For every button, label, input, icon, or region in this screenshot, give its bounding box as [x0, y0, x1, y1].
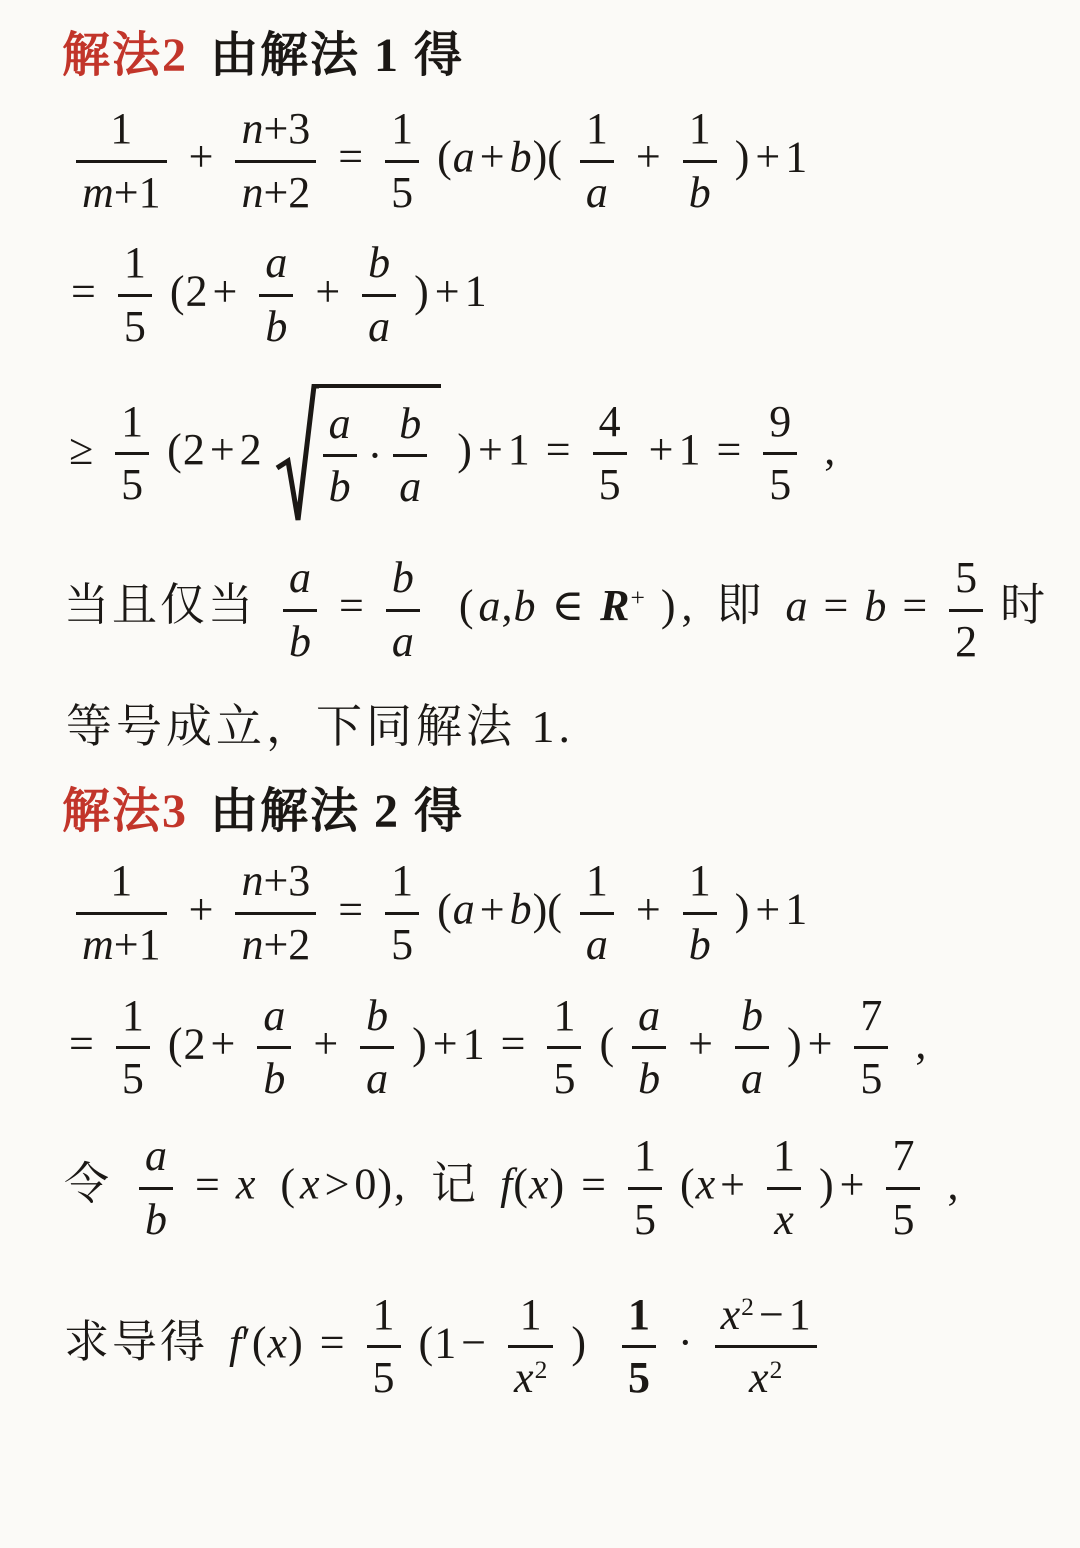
fraction: ab: [323, 394, 357, 518]
plus-operator: +: [720, 1160, 745, 1209]
variable: x: [749, 1353, 769, 1402]
numerator: b: [735, 986, 769, 1050]
fraction: 1a: [580, 851, 614, 975]
solution3-equation-2: = 15 (2+ ab + ba )+1 = 15 ( ab + ba )+ 7…: [64, 986, 1050, 1110]
numerator: 1: [116, 986, 150, 1050]
plus-operator: +: [688, 1019, 713, 1068]
numerator: 4: [593, 392, 627, 456]
numerator: 1: [385, 851, 419, 915]
dot-operator: ·: [678, 1318, 693, 1367]
numerator: b: [386, 548, 420, 612]
R-plus-set: R+: [600, 581, 645, 630]
numerator: 1: [76, 99, 167, 163]
shi-text: 时: [1000, 580, 1048, 630]
variable: b: [864, 581, 886, 630]
numerator: b: [393, 394, 427, 458]
namely-text: 即: [716, 580, 764, 630]
superscript: 2: [741, 1292, 754, 1321]
number: 1: [785, 132, 807, 181]
variable: b: [510, 132, 532, 181]
equals-sign: =: [716, 425, 741, 474]
comma: ,: [947, 1160, 958, 1209]
fraction: 15: [547, 986, 581, 1110]
fraction: 15: [367, 1285, 401, 1409]
geq-operator: ≥: [69, 425, 93, 474]
numerator: b: [360, 986, 394, 1050]
fraction: ab: [283, 548, 317, 672]
numerator: 1: [547, 986, 581, 1050]
solution2-heading-text: 由解法 1 得: [210, 29, 464, 82]
fraction: 1b: [683, 851, 717, 975]
math-token: +3: [263, 104, 310, 153]
number: 2: [185, 267, 207, 316]
right-paren: ): [571, 1318, 586, 1367]
denominator: n+2: [235, 163, 316, 224]
numerator: 1: [508, 1285, 553, 1349]
number: 2: [183, 1019, 205, 1068]
fraction: 1m+1: [76, 851, 167, 975]
left-paren: (: [437, 132, 452, 181]
variable: x: [721, 1290, 741, 1339]
left-paren: (: [168, 1019, 183, 1068]
right-paren: ): [377, 1160, 392, 1209]
plus-operator: +: [210, 425, 235, 474]
iff-text: 当且仅当: [64, 580, 256, 630]
prime-mark: ′: [241, 1318, 251, 1367]
fraction: 45: [593, 392, 627, 516]
numerator: 1: [767, 1126, 801, 1190]
variable: m: [82, 168, 114, 217]
variable: x: [236, 1160, 256, 1209]
plus-operator: +: [808, 1019, 833, 1068]
numerator: 1: [115, 392, 149, 456]
numerator: 9: [763, 392, 797, 456]
number: 1: [785, 885, 807, 934]
function-name: f: [229, 1318, 241, 1367]
variable: a: [453, 132, 475, 181]
equals-sign: =: [69, 1019, 94, 1068]
right-paren: ): [735, 885, 750, 934]
equals-sign: =: [320, 1318, 345, 1367]
math-solution-page: 解法2由解法 1 得 1m+1 + n+3n+2 = 15 (a+b)( 1a …: [0, 0, 1080, 1548]
fraction: 95: [763, 392, 797, 516]
number: 1: [434, 1318, 456, 1367]
denominator: 5: [593, 455, 627, 516]
math-token: +3: [263, 856, 310, 905]
numerator: 7: [854, 986, 888, 1050]
solution2-condition-line: 当且仅当 ab = ba (a,b ∈ R+ ), 即 a = b = 52 时: [64, 548, 1050, 672]
number: 2: [183, 425, 205, 474]
solution3-label: 解法3: [62, 785, 188, 838]
plus-operator: +: [435, 267, 460, 316]
fraction: ab: [259, 233, 293, 357]
paren-pair: )(: [533, 132, 562, 181]
denominator: 5: [763, 455, 797, 516]
denominator: 5: [385, 163, 419, 224]
equals-sign: =: [338, 132, 363, 181]
numerator: b: [362, 233, 396, 297]
variable: n: [241, 856, 263, 905]
number: 1: [789, 1290, 811, 1339]
variable: x: [696, 1160, 716, 1209]
comma: ,: [915, 1019, 926, 1068]
minus-operator: −: [759, 1290, 784, 1339]
numerator: a: [632, 986, 666, 1050]
left-paren: (: [419, 1318, 434, 1367]
equals-sign: =: [546, 425, 571, 474]
denominator: b: [632, 1049, 666, 1110]
solution2-equation-1: 1m+1 + n+3n+2 = 15 (a+b)( 1a + 1b )+1: [70, 99, 1050, 223]
numerator: 1: [580, 851, 614, 915]
denominator: 5: [116, 1049, 150, 1110]
number: 1: [508, 425, 530, 474]
plus-operator: +: [433, 1019, 458, 1068]
right-paren: ): [661, 581, 676, 630]
fraction: ba: [735, 986, 769, 1110]
numerator: 1: [118, 233, 152, 297]
f-prime: f′: [229, 1318, 251, 1367]
denominator: b: [323, 457, 357, 518]
numerator: a: [323, 394, 357, 458]
denominator: x: [767, 1190, 801, 1251]
denominator: b: [257, 1049, 291, 1110]
superscript: 2: [535, 1355, 548, 1384]
right-paren: ): [735, 132, 750, 181]
comma: ,: [502, 581, 513, 630]
numerator: 1: [622, 1285, 656, 1349]
radical-icon: [275, 384, 319, 524]
plus-operator: +: [480, 132, 505, 181]
plus-operator: +: [315, 267, 340, 316]
closing-text: 等号成立，下同解法 1.: [66, 701, 574, 752]
left-paren: (: [680, 1160, 695, 1209]
fraction: 75: [886, 1126, 920, 1250]
variable: x: [514, 1353, 534, 1402]
denominator: 2: [949, 612, 983, 673]
numerator: a: [139, 1126, 173, 1190]
numerator: 1: [628, 1126, 662, 1190]
left-paren: (: [599, 1019, 614, 1068]
fraction: n+3n+2: [235, 851, 316, 975]
plus-operator: +: [755, 885, 780, 934]
solution3-heading-text: 由解法 2 得: [210, 785, 464, 838]
fraction: n+3n+2: [235, 99, 316, 223]
equals-sign: =: [581, 1160, 606, 1209]
plus-operator: +: [210, 1019, 235, 1068]
plus-operator: +: [313, 1019, 338, 1068]
minus-operator: −: [461, 1318, 486, 1367]
numerator: a: [283, 548, 317, 612]
comma: ,: [681, 581, 692, 630]
comma: ,: [394, 1160, 405, 1209]
radicand: ab · ba: [315, 384, 442, 524]
fraction: ba: [362, 233, 396, 357]
denominator: a: [386, 612, 420, 673]
plus-operator: +: [649, 425, 674, 474]
right-paren: ): [412, 1019, 427, 1068]
variable: x: [529, 1160, 549, 1209]
denominator: a: [580, 915, 614, 976]
variable: n: [241, 168, 263, 217]
solution2-label: 解法2: [62, 29, 188, 82]
variable: a: [479, 581, 501, 630]
equals-sign: =: [824, 581, 849, 630]
paren-pair: )(: [533, 885, 562, 934]
fraction: ba: [393, 394, 427, 518]
fraction: 1a: [580, 99, 614, 223]
fraction: 15: [116, 986, 150, 1110]
solution3-substitution-line: 令 ab = x (x>0), 记 f(x) = 15 (x+ 1x )+ 75…: [64, 1126, 1050, 1250]
derive-text: 求导得: [64, 1317, 208, 1367]
numerator: 1: [385, 99, 419, 163]
fraction: 15: [385, 99, 419, 223]
math-token: +1: [114, 920, 161, 969]
denominator: a: [360, 1049, 394, 1110]
left-paren: (: [167, 425, 182, 474]
denominator: m+1: [76, 163, 167, 224]
fraction: 15: [622, 1285, 656, 1409]
denominator: x2: [508, 1348, 553, 1409]
number: 0: [354, 1160, 376, 1209]
fraction: ab: [257, 986, 291, 1110]
plus-operator: +: [636, 132, 661, 181]
denominator: 5: [115, 455, 149, 516]
right-paren: ): [414, 267, 429, 316]
fraction: 52: [949, 548, 983, 672]
left-paren: (: [170, 267, 185, 316]
numerator: 1: [683, 99, 717, 163]
left-paren: (: [280, 1160, 295, 1209]
denominator: b: [139, 1190, 173, 1251]
fraction: ba: [360, 986, 394, 1110]
dot-operator: ·: [368, 430, 383, 481]
plus-operator: +: [189, 132, 214, 181]
denominator: m+1: [76, 915, 167, 976]
denominator: b: [683, 163, 717, 224]
left-paren: (: [437, 885, 452, 934]
numerator: a: [257, 986, 291, 1050]
fraction: x2−1x2: [715, 1285, 817, 1409]
denominator: b: [259, 297, 293, 358]
left-paren: (: [459, 581, 474, 630]
right-paren: ): [819, 1160, 834, 1209]
fraction: 15: [628, 1126, 662, 1250]
solution3-equation-1: 1m+1 + n+3n+2 = 15 (a+b)( 1a + 1b )+1: [70, 851, 1050, 975]
fraction: 1x2: [508, 1285, 553, 1409]
right-paren: ): [787, 1019, 802, 1068]
left-paren: (: [252, 1318, 267, 1367]
variable: x: [300, 1160, 320, 1209]
variable: m: [82, 920, 114, 969]
left-paren: (: [513, 1160, 528, 1209]
numerator: 1: [76, 851, 167, 915]
comma: ,: [824, 425, 835, 474]
number: 1: [463, 1019, 485, 1068]
plus-operator: +: [840, 1160, 865, 1209]
variable: x: [268, 1318, 288, 1367]
math-token: +2: [263, 168, 310, 217]
denominator: a: [580, 163, 614, 224]
solution3-derivative-line: 求导得 f′(x) = 15 (1− 1x2 ) 15 · x2−1x2: [64, 1285, 1050, 1409]
denominator: x2: [715, 1348, 817, 1409]
variable: a: [786, 581, 808, 630]
plus-operator: +: [636, 885, 661, 934]
fraction: ab: [632, 986, 666, 1110]
fraction: 1x: [767, 1126, 801, 1250]
plus-operator: +: [755, 132, 780, 181]
plus-operator: +: [478, 425, 503, 474]
equals-sign: =: [501, 1019, 526, 1068]
numerator: 1: [580, 99, 614, 163]
denominator: 5: [854, 1049, 888, 1110]
superscript: 2: [770, 1355, 783, 1384]
function-name: f: [500, 1160, 512, 1209]
solution2-heading: 解法2由解法 1 得: [62, 16, 1050, 85]
let-text: 令: [64, 1159, 112, 1209]
denominator: 5: [547, 1049, 581, 1110]
denominator: b: [283, 612, 317, 673]
numerator: 1: [367, 1285, 401, 1349]
denote-text: 记: [431, 1159, 479, 1209]
numerator: 7: [886, 1126, 920, 1190]
numerator: n+3: [235, 99, 316, 163]
fraction: 15: [385, 851, 419, 975]
variable: n: [241, 104, 263, 153]
numerator: 1: [683, 851, 717, 915]
equals-sign: =: [339, 581, 364, 630]
equals-sign: =: [71, 267, 96, 316]
numerator: x2−1: [715, 1285, 817, 1349]
right-paren: ): [549, 1160, 564, 1209]
math-token: +1: [114, 168, 161, 217]
denominator: a: [362, 297, 396, 358]
plus-operator: +: [480, 885, 505, 934]
denominator: 5: [628, 1190, 662, 1251]
denominator: 5: [385, 915, 419, 976]
denominator: 5: [118, 297, 152, 358]
solution2-equation-3: ≥ 15 (2+2 ab · ba )+1 = 45 +1 = 95 ,: [64, 384, 1050, 524]
right-paren: ): [457, 425, 472, 474]
fraction: 1m+1: [76, 99, 167, 223]
solution2-closing-line: 等号成立，下同解法 1.: [66, 690, 1050, 756]
fraction: 75: [854, 986, 888, 1110]
variable: a: [453, 885, 475, 934]
solution2-equation-2: = 15 (2+ ab + ba )+1: [66, 233, 1050, 357]
square-root: ab · ba: [275, 384, 442, 524]
plus-operator: +: [189, 885, 214, 934]
fraction: ba: [386, 548, 420, 672]
denominator: b: [683, 915, 717, 976]
right-paren: ): [288, 1318, 303, 1367]
numerator: n+3: [235, 851, 316, 915]
numerator: 5: [949, 548, 983, 612]
math-token: +2: [263, 920, 310, 969]
denominator: a: [735, 1049, 769, 1110]
element-of-sign: ∈: [552, 581, 585, 630]
set-symbol: R: [600, 581, 629, 630]
denominator: 5: [367, 1348, 401, 1409]
fraction: 1b: [683, 99, 717, 223]
gt-operator: >: [325, 1160, 350, 1209]
variable: b: [514, 581, 536, 630]
fraction: 15: [115, 392, 149, 516]
equals-sign: =: [195, 1160, 220, 1209]
superscript: +: [630, 583, 644, 612]
denominator: 5: [886, 1190, 920, 1251]
solution3-heading: 解法3由解法 2 得: [62, 772, 1050, 841]
denominator: 5: [622, 1348, 656, 1409]
plus-operator: +: [212, 267, 237, 316]
equals-sign: =: [338, 885, 363, 934]
number: 1: [678, 425, 700, 474]
number: 1: [465, 267, 487, 316]
equals-sign: =: [902, 581, 927, 630]
denominator: n+2: [235, 915, 316, 976]
denominator: a: [393, 457, 427, 518]
fraction: 15: [118, 233, 152, 357]
number: 2: [240, 425, 262, 474]
numerator: a: [259, 233, 293, 297]
fraction: ab: [139, 1126, 173, 1250]
variable: n: [241, 920, 263, 969]
variable: b: [510, 885, 532, 934]
